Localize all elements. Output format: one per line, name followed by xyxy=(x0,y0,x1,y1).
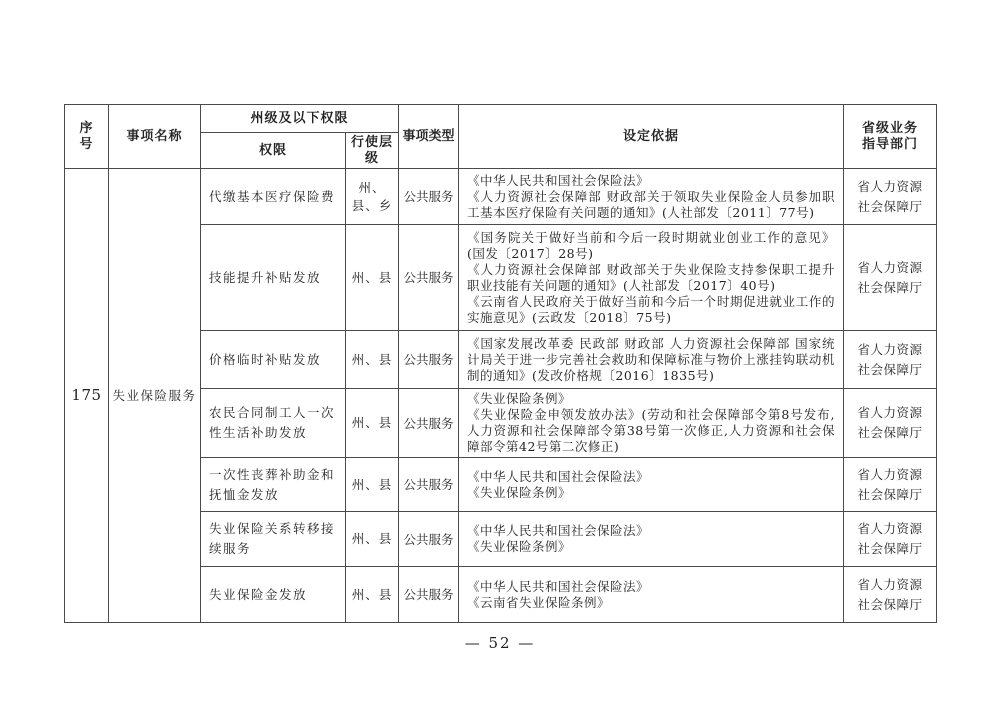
header-item-name: 事项名称 xyxy=(109,105,201,169)
cell-dept: 省人力资源社会保障厅 xyxy=(844,389,937,458)
cell-authority: 失业保险金发放 xyxy=(201,567,346,623)
page-number: — 52 — xyxy=(0,634,1000,652)
cell-type: 公共服务 xyxy=(399,225,459,331)
table-row: 175 失业保险服务 代缴基本医疗保险费 州、县、乡 公共服务 《中华人民共和国… xyxy=(65,169,937,225)
group-name: 失业保险服务 xyxy=(109,169,201,623)
cell-dept: 省人力资源社会保障厅 xyxy=(844,512,937,567)
cell-basis: 《国务院关于做好当前和今后一段时期就业创业工作的意见》(国发〔2017〕28号)… xyxy=(459,225,844,331)
cell-level: 州、县 xyxy=(346,331,399,389)
header-exercise-level: 行使层级 xyxy=(346,133,399,169)
cell-dept: 省人力资源社会保障厅 xyxy=(844,225,937,331)
header-item-type: 事项类型 xyxy=(399,105,459,169)
table-body: 175 失业保险服务 代缴基本医疗保险费 州、县、乡 公共服务 《中华人民共和国… xyxy=(65,169,937,623)
group-index: 175 xyxy=(65,169,109,623)
cell-level: 州、县 xyxy=(346,512,399,567)
cell-type: 公共服务 xyxy=(399,458,459,512)
authority-matrix-table: 序号 事项名称 州级及以下权限 事项类型 设定依据 省级业务指导部门 权限 行使… xyxy=(64,104,937,623)
cell-dept: 省人力资源社会保障厅 xyxy=(844,169,937,225)
cell-type: 公共服务 xyxy=(399,512,459,567)
cell-level: 州、县 xyxy=(346,458,399,512)
cell-type: 公共服务 xyxy=(399,389,459,458)
cell-basis: 《中华人民共和国社会保险法》 《失业保险条例》 xyxy=(459,512,844,567)
cell-basis: 《国家发展改革委 民政部 财政部 人力资源社会保障部 国家统计局关于进一步完善社… xyxy=(459,331,844,389)
cell-basis: 《失业保险条例》 《失业保险金申领发放办法》(劳动和社会保障部令第8号发布,人力… xyxy=(459,389,844,458)
table-header: 序号 事项名称 州级及以下权限 事项类型 设定依据 省级业务指导部门 权限 行使… xyxy=(65,105,937,169)
cell-level: 州、县 xyxy=(346,225,399,331)
header-authority: 权限 xyxy=(201,133,346,169)
cell-level: 州、县、乡 xyxy=(346,169,399,225)
cell-authority: 失业保险关系转移接续服务 xyxy=(201,512,346,567)
header-dept: 省级业务指导部门 xyxy=(844,105,937,169)
cell-authority: 技能提升补贴发放 xyxy=(201,225,346,331)
header-authority-group: 州级及以下权限 xyxy=(201,105,399,133)
cell-dept: 省人力资源社会保障厅 xyxy=(844,458,937,512)
cell-type: 公共服务 xyxy=(399,567,459,623)
cell-authority: 农民合同制工人一次性生活补助发放 xyxy=(201,389,346,458)
cell-level: 州、县 xyxy=(346,389,399,458)
header-index: 序号 xyxy=(65,105,109,169)
cell-level: 州、县 xyxy=(346,567,399,623)
cell-basis: 《中华人民共和国社会保险法》 《云南省失业保险条例》 xyxy=(459,567,844,623)
document-page: 序号 事项名称 州级及以下权限 事项类型 设定依据 省级业务指导部门 权限 行使… xyxy=(0,0,1000,707)
cell-authority: 一次性丧葬补助金和抚恤金发放 xyxy=(201,458,346,512)
cell-dept: 省人力资源社会保障厅 xyxy=(844,331,937,389)
header-basis: 设定依据 xyxy=(459,105,844,169)
cell-dept: 省人力资源社会保障厅 xyxy=(844,567,937,623)
cell-basis: 《中华人民共和国社会保险法》 《人力资源社会保障部 财政部关于领取失业保险金人员… xyxy=(459,169,844,225)
cell-type: 公共服务 xyxy=(399,169,459,225)
cell-basis: 《中华人民共和国社会保险法》 《失业保险条例》 xyxy=(459,458,844,512)
cell-type: 公共服务 xyxy=(399,331,459,389)
cell-authority: 价格临时补贴发放 xyxy=(201,331,346,389)
cell-authority: 代缴基本医疗保险费 xyxy=(201,169,346,225)
